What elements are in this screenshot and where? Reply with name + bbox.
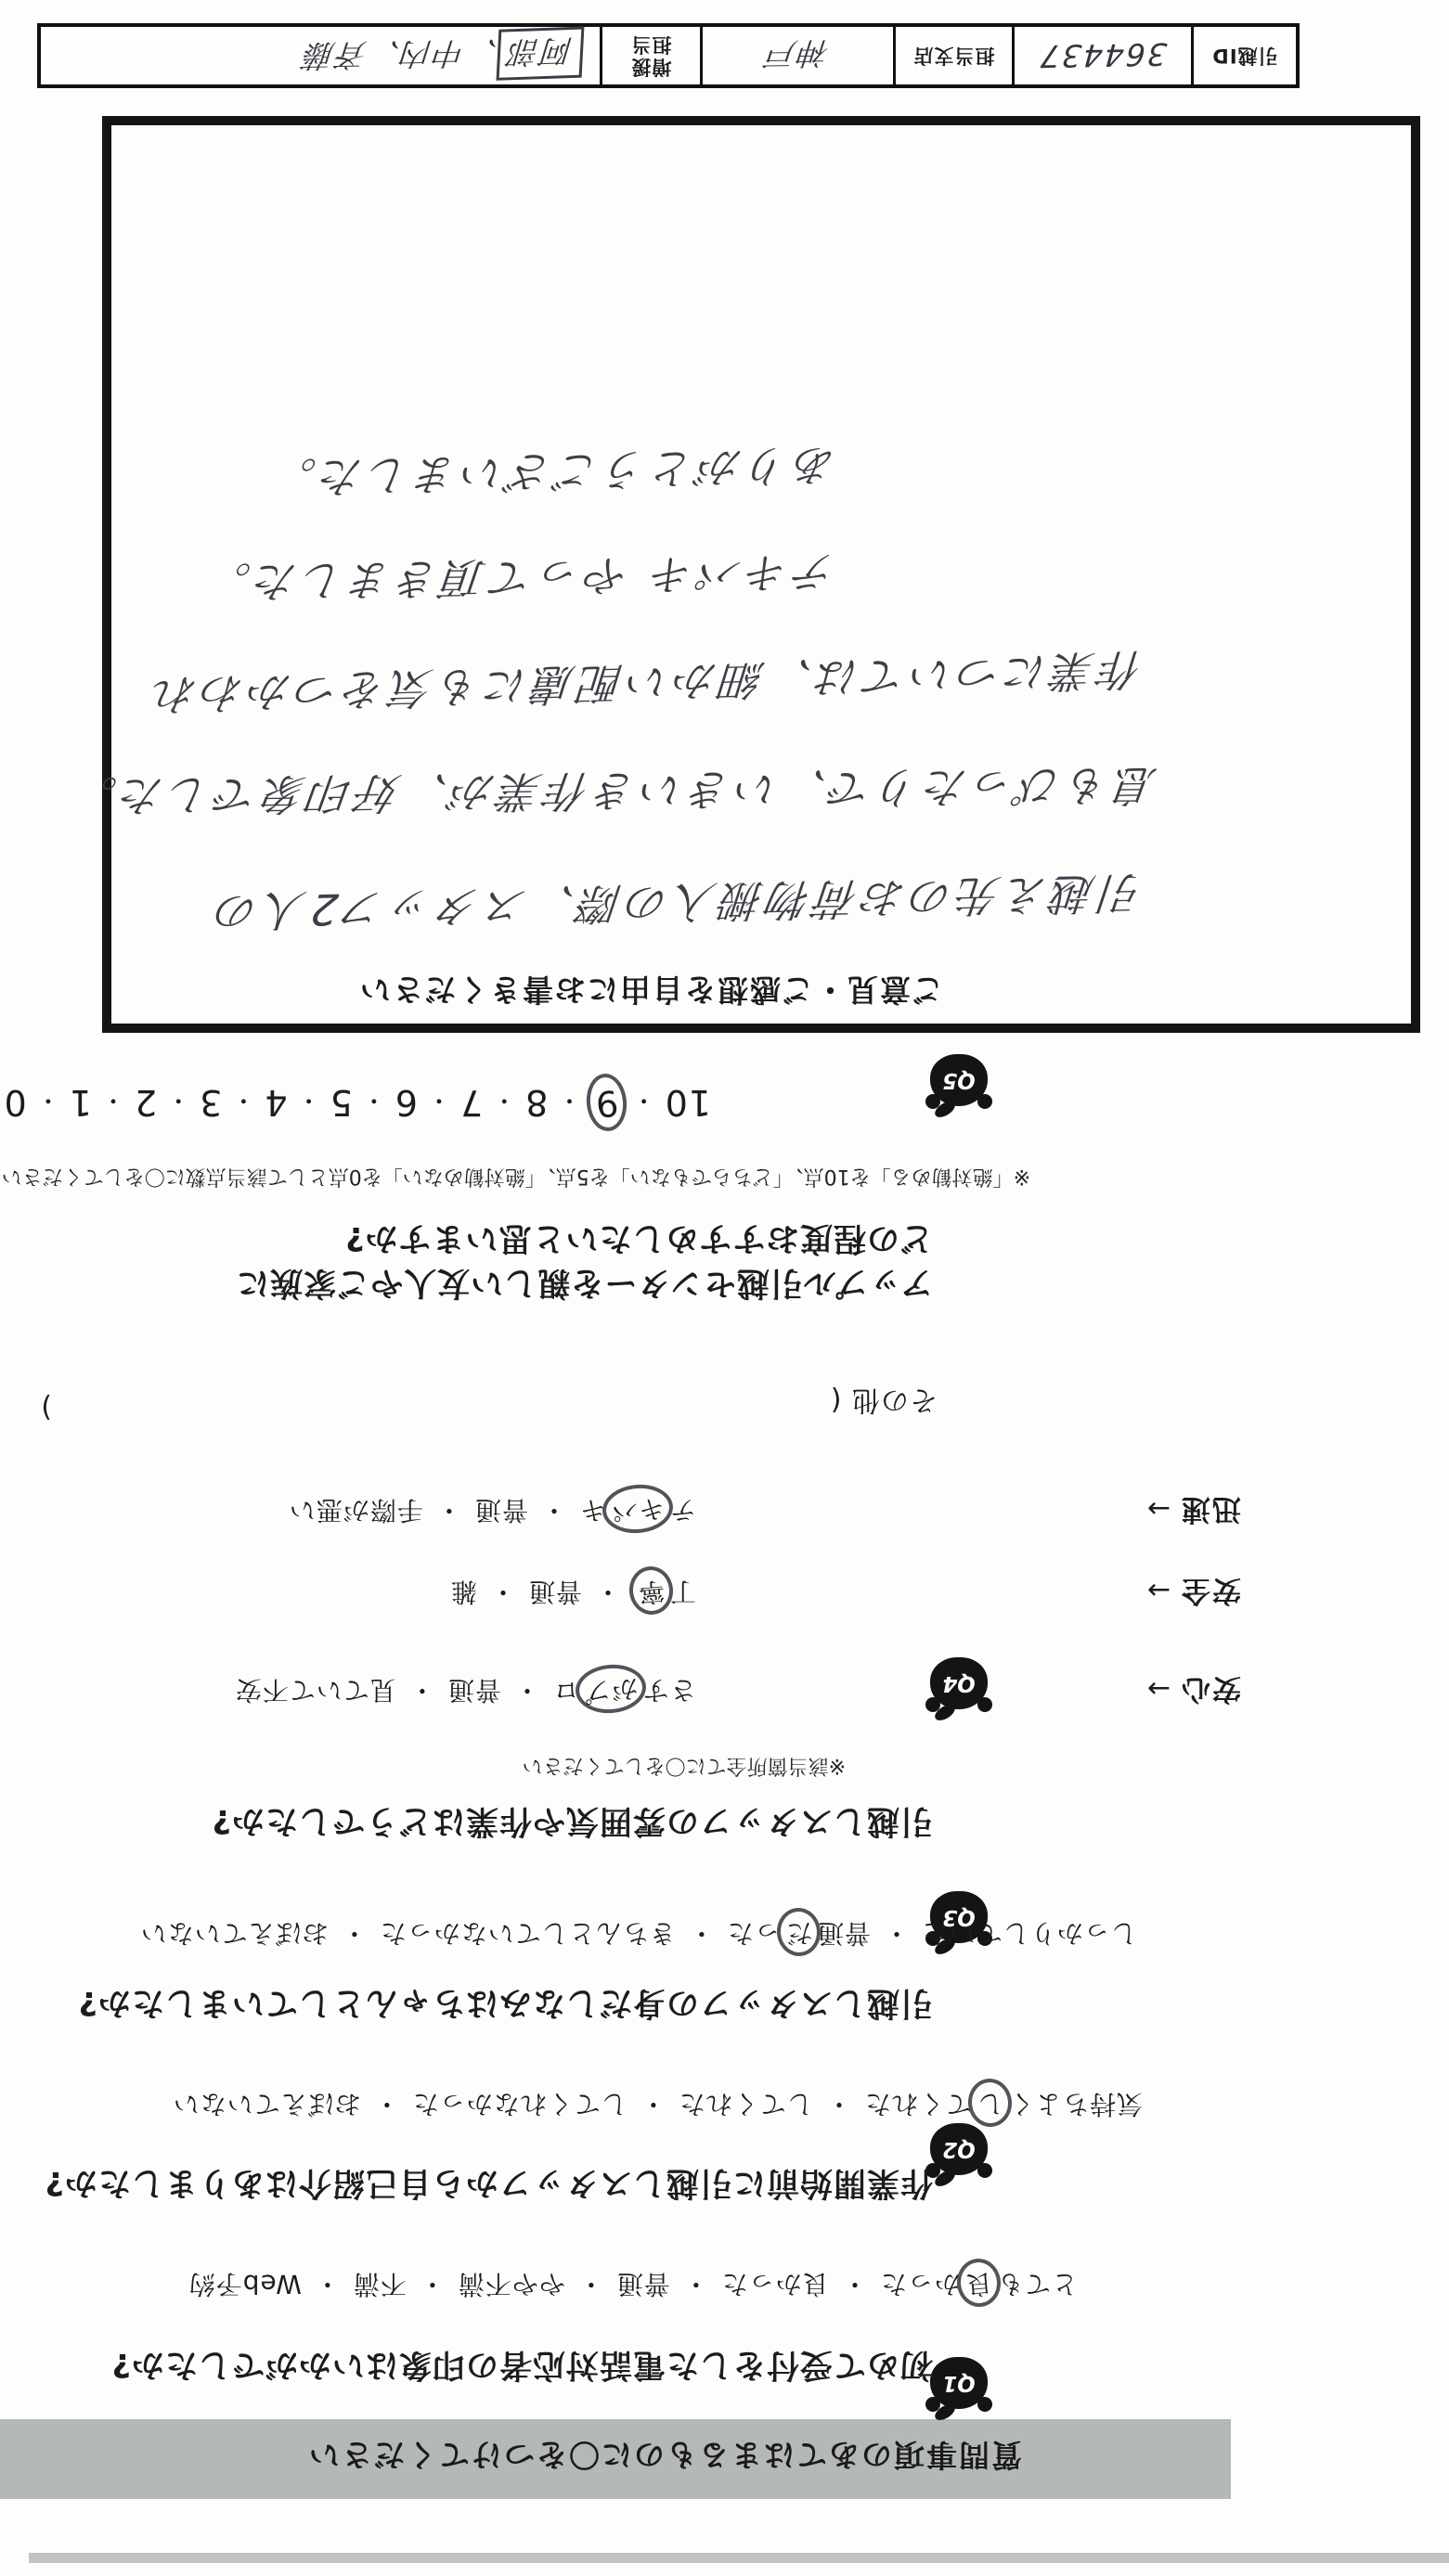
comment-box-label: ご意見・ご感想を自由にお書きください xyxy=(358,970,943,1013)
crew-names-handwritten: 阿部、中内、斉藤 xyxy=(301,28,585,84)
q5-icon-label: Q5 xyxy=(942,1068,976,1092)
branch-handwritten-value: 神戸 xyxy=(764,33,832,78)
instruction-band-text: 質問事項のあてはまるものに〇をつけてください xyxy=(307,2435,1022,2479)
scale-value: 7 xyxy=(459,1082,483,1123)
scale-separator: ・ xyxy=(230,1086,255,1120)
q4-row-anshin: 安心→ xyxy=(1138,1671,1241,1713)
q5-note: ※「絶対勧める」を10点、「どちらでもない」を5点、「絶対勧めない」を0点として… xyxy=(2,1164,1030,1192)
scale-value: 4 xyxy=(264,1082,287,1123)
q4-row-anshin-label: 安心 xyxy=(1180,1672,1241,1706)
q4-row-jinsoku-label: 迅速 xyxy=(1180,1492,1241,1526)
right-arrow-icon: → xyxy=(1147,1672,1171,1705)
option: 気持ちよくしてくれた xyxy=(864,2089,1143,2119)
q4-row-jinsoku-options: テキパキ・普通・手際が悪い xyxy=(289,1493,696,1530)
option: してくれなかった xyxy=(412,2089,627,2119)
option: してくれた xyxy=(679,2089,813,2119)
scanned-survey-page: 質問事項のあてはまるものに〇をつけてください Q1 初めて受付をした電話対応者の… xyxy=(0,0,1449,2576)
q5-question-line2: どの程度おすすめしたいと思いますか? xyxy=(344,1217,933,1264)
q4-row-jinsoku: 迅速→ xyxy=(1138,1491,1241,1533)
option: Web予約 xyxy=(188,2269,302,2299)
move-id-handwritten-value: 364437 xyxy=(1038,36,1169,74)
option-text: テ xyxy=(669,1495,696,1526)
q3-options: しっかりしていた・普通だった・きちんとしていなかった・おぼえていない xyxy=(140,1916,1137,1953)
option: きちんとしていなかった xyxy=(380,1918,676,1949)
crew-label-line1: 増援 xyxy=(631,56,672,78)
option-separator: ・ xyxy=(513,1675,540,1706)
scale-separator: ・ xyxy=(631,1086,656,1120)
q2-icon: Q2 xyxy=(930,2123,988,2175)
option: 雑 xyxy=(450,1577,477,1607)
scale-separator: ・ xyxy=(165,1086,190,1120)
scale-separator: ・ xyxy=(296,1086,321,1120)
boxed-crew-name: 阿部 xyxy=(496,27,584,81)
q1-icon: Q1 xyxy=(930,2357,988,2409)
scan-edge-shadow xyxy=(29,2553,1449,2563)
scale-separator: ・ xyxy=(35,1086,60,1120)
scale-value: 6 xyxy=(395,1082,418,1123)
option-separator: ・ xyxy=(682,2269,709,2299)
option-text: てくれた xyxy=(864,2089,972,2119)
option: テキパキ xyxy=(579,1495,696,1526)
handwritten-comment-line: テキパキ やって頂きました。 xyxy=(201,544,839,616)
option: おぼえていない xyxy=(173,2089,361,2119)
scale-separator: ・ xyxy=(361,1086,386,1120)
handwritten-comment-line: 息もぴったりで、いきいき作業が、好印象でした。 xyxy=(65,757,1159,830)
option-separator: ・ xyxy=(314,2269,341,2299)
q1-question: 初めて受付をした電話対応者の印象はいかがでしたか? xyxy=(111,2344,933,2390)
option: 手際が悪い xyxy=(289,1495,423,1526)
option-text: さす xyxy=(642,1675,696,1706)
scale-value: 5 xyxy=(330,1082,353,1123)
option-separator: ・ xyxy=(341,1918,368,1949)
q2-question: 作業開始前に引越しスタッフから自己紹介はありましたか? xyxy=(45,2162,933,2209)
option-text: った xyxy=(727,1918,781,1949)
handwritten-circle-mark: 良 xyxy=(955,2257,1003,2309)
option-text: とても xyxy=(997,2269,1078,2299)
scale-value: 10 xyxy=(665,1082,711,1123)
option-separator: ・ xyxy=(577,2269,604,2299)
staff-table: 引越ID 364437 担当支店 神戸 増援 担当 阿部、中内、斉藤 xyxy=(37,23,1300,88)
q5-question-line1: アップル引越センターを親しい友人やご家族に xyxy=(236,1262,933,1308)
nps-scale: 10・9・8・7・6・5・4・3・2・1・0 xyxy=(4,1082,711,1123)
survey-sheet-rotated-180: 質問事項のあてはまるものに〇をつけてください Q1 初めて受付をした電話対応者の… xyxy=(0,0,1449,2576)
handwritten-circle-mark: 9 xyxy=(584,1072,628,1133)
q2-options: 気持ちよくしてくれた・してくれた・してくれなかった・おぼえていない xyxy=(173,2087,1143,2124)
option: 良かった xyxy=(721,2269,829,2299)
q3-question: 引越しスタッフの身だしなみはちゃんとしていましたか? xyxy=(78,1982,933,2029)
scale-value: 0 xyxy=(4,1082,27,1123)
q5-icon: Q5 xyxy=(930,1054,988,1106)
q4-question: 引越しスタッフの雰囲気や作業はどうでしたか? xyxy=(212,1800,933,1847)
option: おぼえていない xyxy=(140,1918,329,1949)
q4-row-anzen-label: 安全 xyxy=(1180,1574,1241,1607)
option: 不満 xyxy=(353,2269,407,2299)
scale-value: 3 xyxy=(199,1082,222,1123)
option-separator: ・ xyxy=(883,1918,910,1949)
option-text: 丁 xyxy=(669,1577,696,1607)
q4-other-label: その他 ( xyxy=(830,1383,938,1423)
option-separator: ・ xyxy=(594,1577,621,1607)
handwritten-circle-mark: だ xyxy=(775,1906,822,1958)
move-id-value-cell: 364437 xyxy=(1015,27,1194,84)
option-separator: ・ xyxy=(435,1495,462,1526)
q4-row-anshin-options: さすがプロ・普通・見ていて不安 xyxy=(235,1673,696,1710)
scale-separator: ・ xyxy=(426,1086,451,1120)
option: 普通 xyxy=(528,1577,582,1607)
branch-label-cell: 担当支店 xyxy=(896,27,1015,84)
option: とても良かった xyxy=(880,2269,1078,2299)
option: 見ていて不安 xyxy=(235,1675,396,1706)
option: 普通 xyxy=(474,1495,528,1526)
q1-options: とても良かった・良かった・普通・やや不満・不満・Web予約 xyxy=(188,2267,1078,2304)
handwritten-circle-mark: キパ xyxy=(601,1482,675,1536)
q4-icon-label: Q4 xyxy=(942,1671,976,1695)
option-separator: ・ xyxy=(640,2089,666,2119)
handwritten-circle-mark: し xyxy=(966,2077,1014,2129)
option-separator: ・ xyxy=(540,1495,567,1526)
right-arrow-icon: → xyxy=(1147,1574,1171,1606)
q4-note: ※該当箇所全てに〇をしてください xyxy=(523,1753,846,1782)
option-separator: ・ xyxy=(825,2089,852,2119)
handwritten-circle-mark: 寧 xyxy=(627,1565,675,1616)
option-separator: ・ xyxy=(419,2269,446,2299)
scale-separator: ・ xyxy=(100,1086,125,1120)
instruction-band: 質問事項のあてはまるものに〇をつけてください xyxy=(0,2419,1231,2499)
option: 丁寧 xyxy=(633,1577,696,1607)
handwritten-circle-mark: がプ xyxy=(574,1662,648,1716)
option: やや不満 xyxy=(458,2269,565,2299)
crew-label-line2: 担当 xyxy=(631,33,672,56)
right-arrow-icon: → xyxy=(1147,1492,1171,1525)
crew-names-rest: 、中内、斉藤 xyxy=(302,34,499,74)
option-separator: ・ xyxy=(688,1918,715,1949)
scale-value: 1 xyxy=(69,1082,92,1123)
option-separator: ・ xyxy=(841,2269,868,2299)
option-text: かった xyxy=(880,2269,961,2299)
branch-label: 担当支店 xyxy=(913,45,995,67)
option-text: 普通 xyxy=(817,1918,871,1949)
q4-icon: Q4 xyxy=(930,1657,988,1709)
scale-separator: ・ xyxy=(556,1086,581,1120)
q2-icon-label: Q2 xyxy=(942,2137,976,2161)
crew-label-cell: 増援 担当 xyxy=(602,27,703,84)
q4-other-close-paren: ) xyxy=(40,1391,52,1423)
option: 普通 xyxy=(616,2269,670,2299)
option: 普通 xyxy=(447,1675,501,1706)
option-text: 気持ちよく xyxy=(1008,2089,1143,2119)
move-id-label-cell: 引越ID xyxy=(1194,27,1296,84)
q4-row-anzen: 安全→ xyxy=(1138,1573,1241,1615)
option-separator: ・ xyxy=(489,1577,516,1607)
scale-value: 2 xyxy=(134,1082,157,1123)
scale-value: 8 xyxy=(524,1082,548,1123)
option: さすがプロ xyxy=(552,1675,696,1706)
branch-value-cell: 神戸 xyxy=(703,27,896,84)
q1-icon-label: Q1 xyxy=(942,2371,976,2395)
option-separator: ・ xyxy=(408,1675,435,1706)
scale-separator: ・ xyxy=(491,1086,516,1120)
crew-names-cell: 阿部、中内、斉藤 xyxy=(41,27,602,84)
q3-icon-label: Q3 xyxy=(942,1905,976,1929)
q4-row-anzen-options: 丁寧・普通・雑 xyxy=(450,1575,696,1612)
move-id-label: 引越ID xyxy=(1211,45,1277,67)
option: 普通だった xyxy=(727,1918,871,1949)
option-separator: ・ xyxy=(373,2089,400,2119)
